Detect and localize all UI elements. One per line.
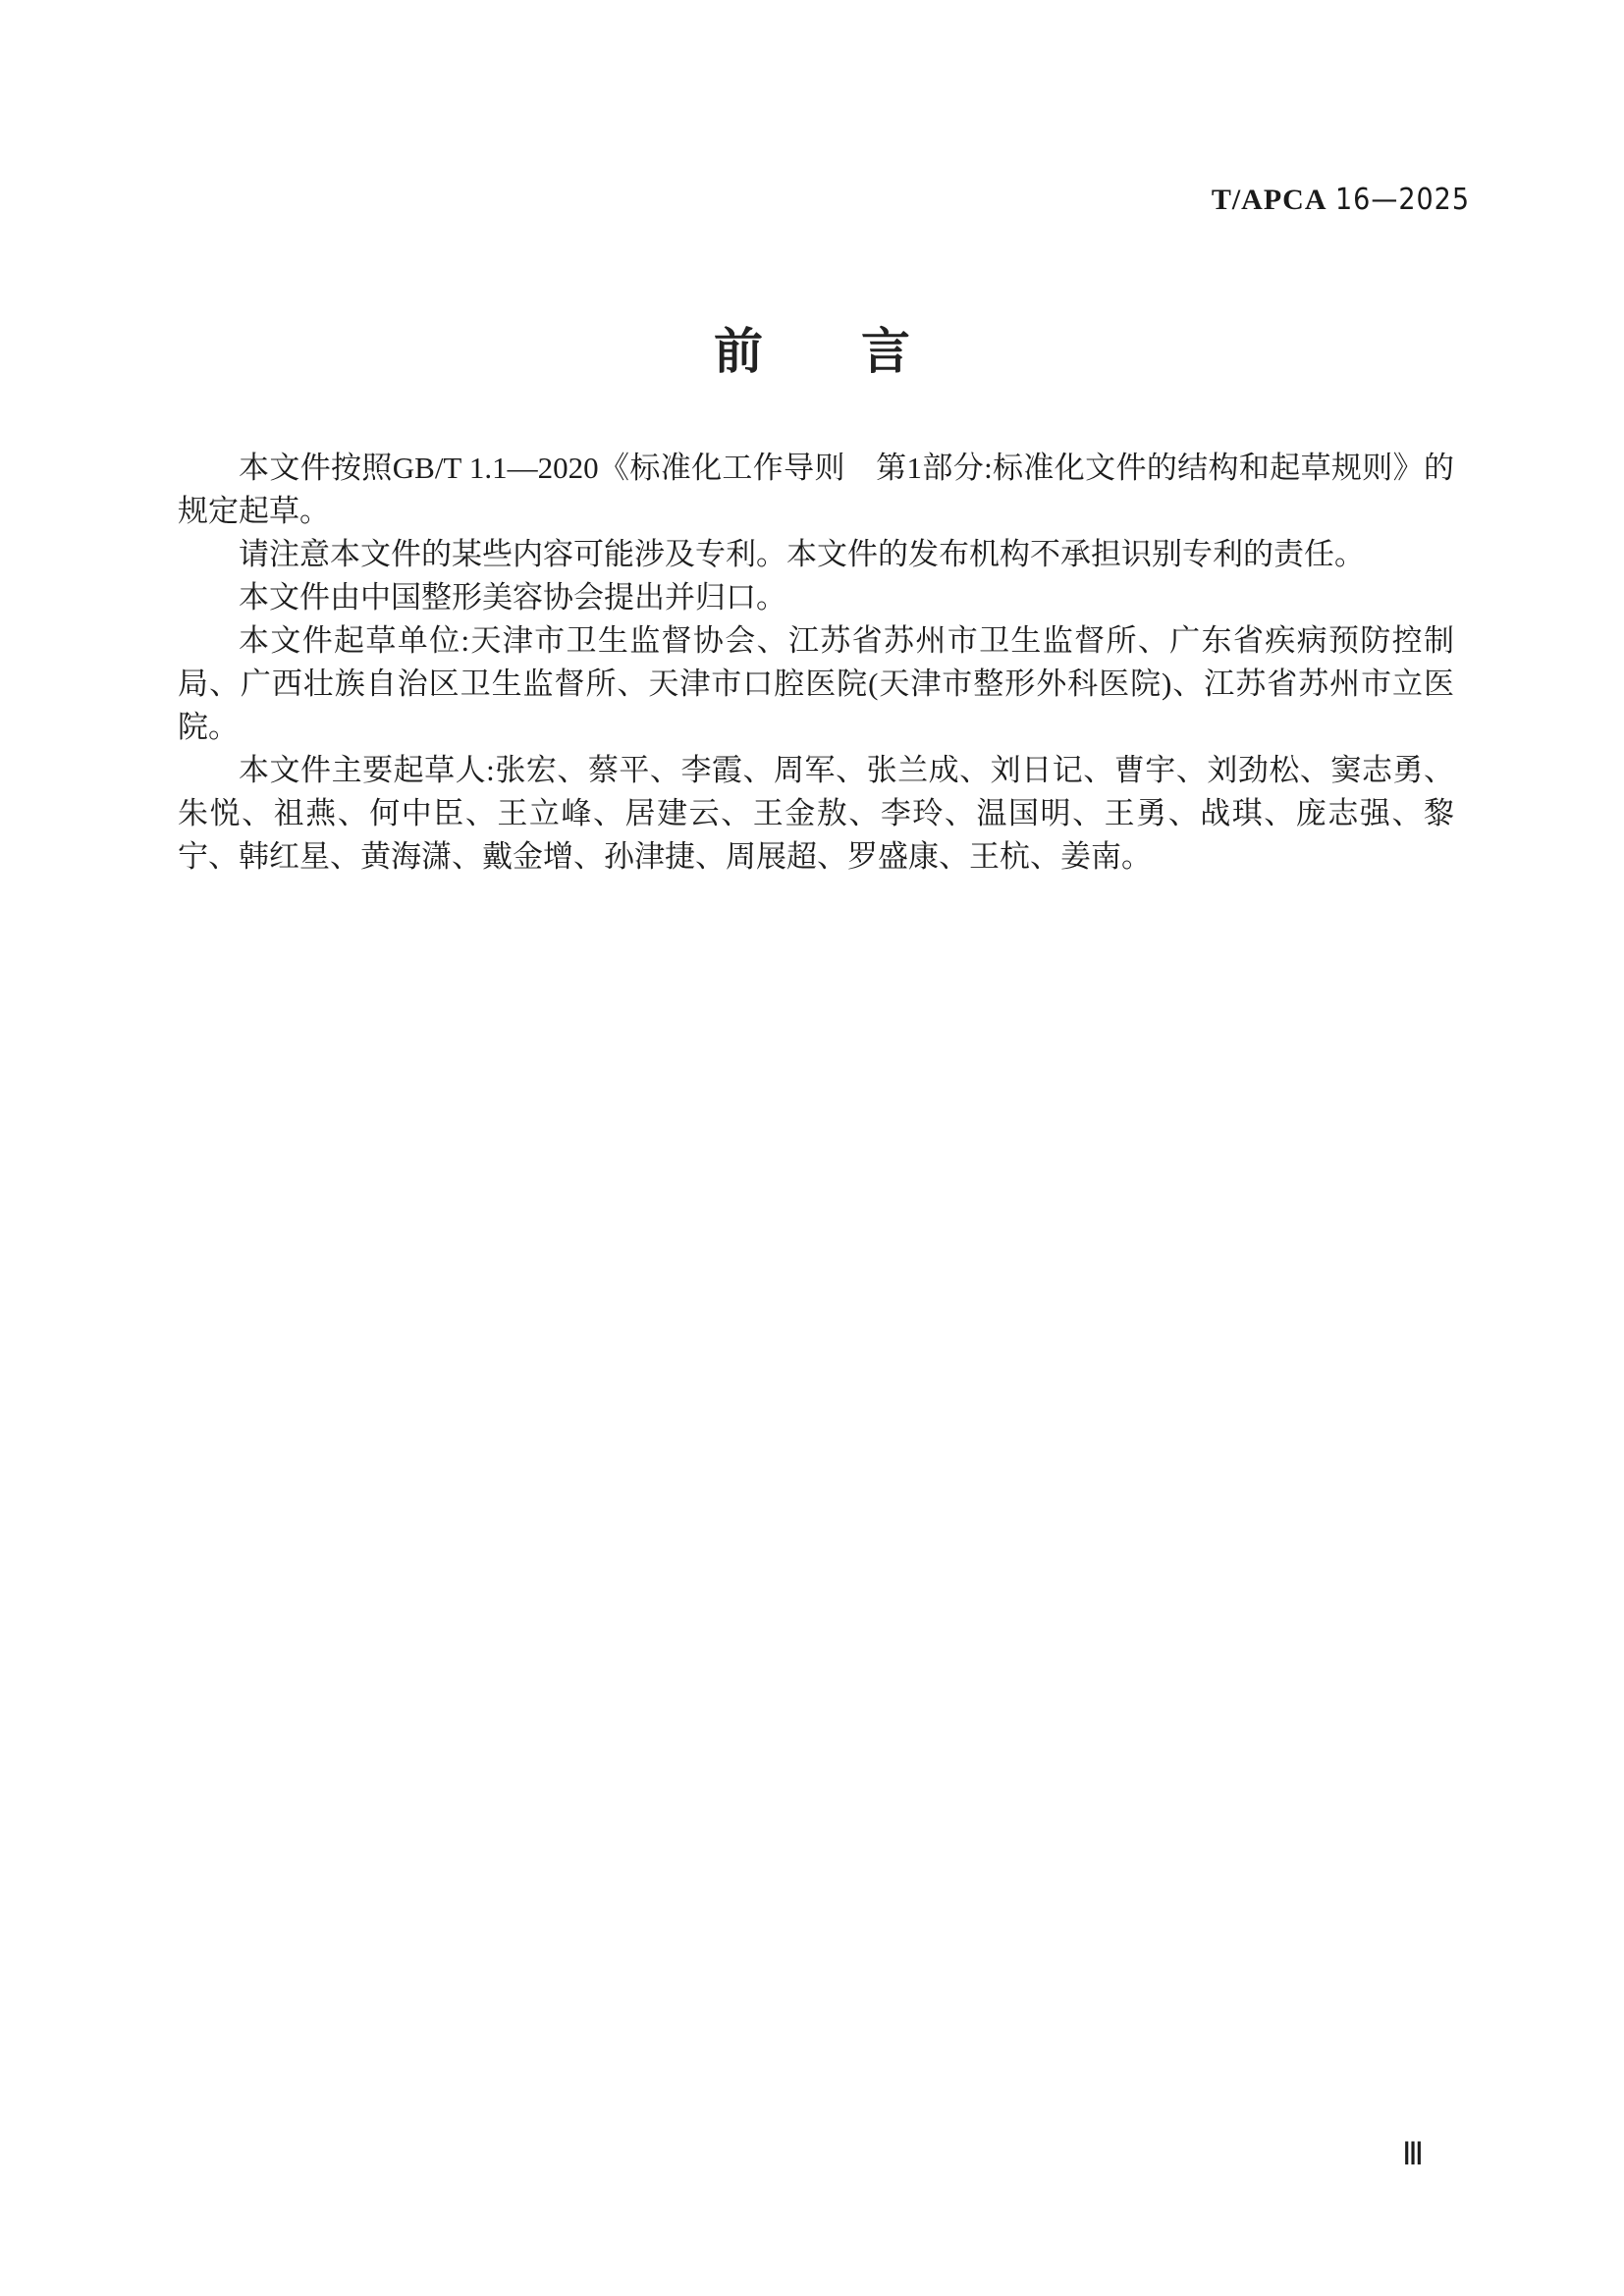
doc-code-number: 16—2025: [1335, 183, 1470, 217]
foreword-paragraph-3: 本文件由中国整形美容协会提出并归口。: [178, 576, 1454, 619]
page-number: Ⅲ: [1402, 2135, 1424, 2172]
document-page: T/APCA 16—2025 前 言 本文件按照GB/T 1.1—2020《标准…: [0, 0, 1624, 2296]
foreword-title: 前 言: [0, 312, 1624, 383]
foreword-paragraph-4: 本文件起草单位:天津市卫生监督协会、江苏省苏州市卫生监督所、广东省疾病预防控制局…: [178, 619, 1454, 749]
foreword-paragraph-1: 本文件按照GB/T 1.1—2020《标准化工作导则 第1部分:标准化文件的结构…: [178, 447, 1454, 533]
doc-code: T/APCA 16—2025: [1212, 183, 1470, 217]
foreword-paragraph-2: 请注意本文件的某些内容可能涉及专利。本文件的发布机构不承担识别专利的责任。: [178, 533, 1454, 576]
doc-code-prefix: T/APCA: [1212, 184, 1327, 216]
foreword-body: 本文件按照GB/T 1.1—2020《标准化工作导则 第1部分:标准化文件的结构…: [178, 447, 1454, 879]
foreword-paragraph-5: 本文件主要起草人:张宏、蔡平、李霞、周军、张兰成、刘日记、曹宇、刘劲松、窦志勇、…: [178, 749, 1454, 879]
